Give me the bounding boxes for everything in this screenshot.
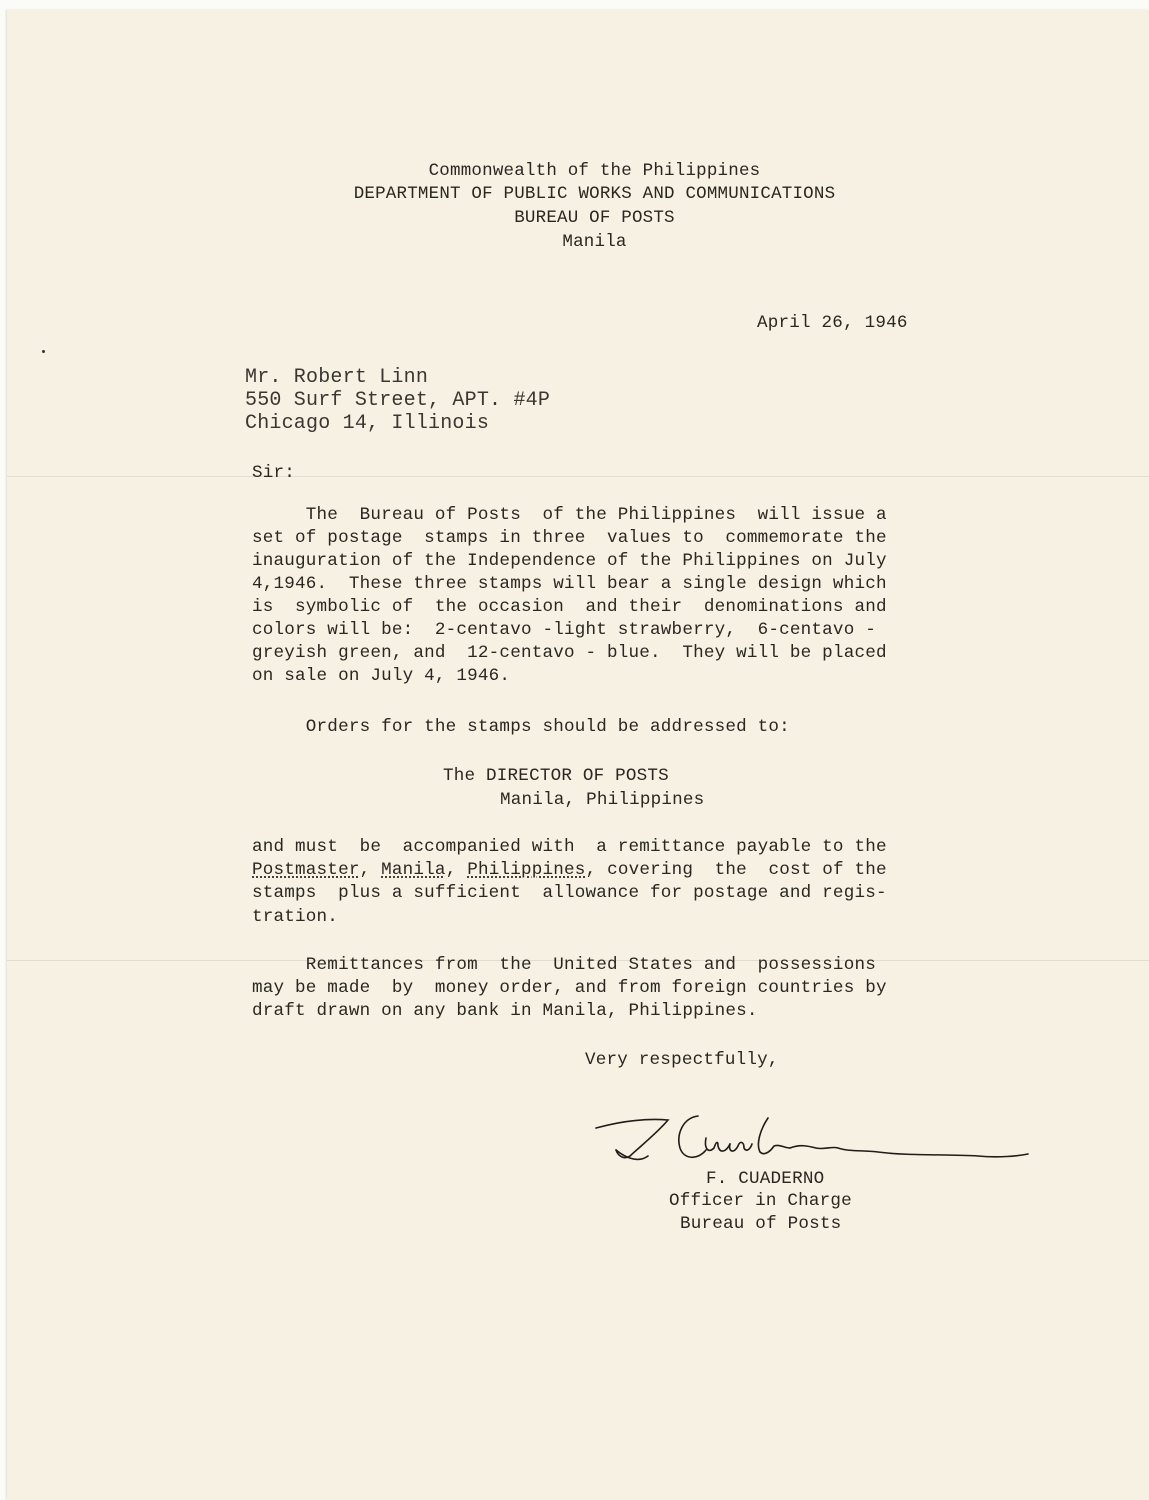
text-rest: , covering the cost of the bbox=[586, 860, 887, 880]
text-line: 4,1946. These three stamps will bear a s… bbox=[252, 573, 887, 596]
text-line: set of postage stamps in three values to… bbox=[252, 527, 887, 550]
paragraph-2: Orders for the stamps should be addresse… bbox=[252, 716, 790, 739]
underlined-postmaster: Postmaster bbox=[252, 860, 360, 880]
letterhead-line-3: BUREAU OF POSTS bbox=[0, 207, 1149, 230]
text-line: is symbolic of the occasion and their de… bbox=[252, 596, 887, 619]
addressee-line-2: Manila, Philippines bbox=[500, 789, 704, 812]
text-line: stamps plus a sufficient allowance for p… bbox=[252, 882, 887, 905]
letterhead-line-2: DEPARTMENT OF PUBLIC WORKS AND COMMUNICA… bbox=[0, 183, 1149, 206]
text-line: on sale on July 4, 1946. bbox=[252, 665, 510, 688]
letterhead-line-1: Commonwealth of the Philippines bbox=[0, 160, 1149, 183]
text-line: tration. bbox=[252, 906, 338, 929]
text-line: Postmaster, Manila, Philippines, coverin… bbox=[252, 859, 887, 882]
fold-line bbox=[7, 476, 1149, 477]
letterhead-line-4: Manila bbox=[0, 231, 1149, 254]
signatory-title: Officer in Charge bbox=[669, 1190, 852, 1213]
text-line: and must be accompanied with a remittanc… bbox=[252, 836, 887, 859]
underlined-philippines: Philippines bbox=[467, 860, 585, 880]
recipient-city: Chicago 14, Illinois bbox=[245, 412, 489, 435]
letter-date: April 26, 1946 bbox=[757, 312, 908, 335]
text-line: Remittances from the United States and p… bbox=[252, 954, 876, 977]
ink-speck bbox=[42, 350, 45, 353]
text-line: greyish green, and 12-centavo - blue. Th… bbox=[252, 642, 887, 665]
separator: , bbox=[446, 860, 468, 880]
text-line: colors will be: 2-centavo -light strawbe… bbox=[252, 619, 876, 642]
recipient-street: 550 Surf Street, APT. #4P bbox=[245, 389, 550, 412]
closing: Very respectfully, bbox=[585, 1049, 779, 1072]
recipient-name: Mr. Robert Linn bbox=[245, 366, 428, 389]
underlined-manila: Manila bbox=[381, 860, 446, 880]
text-line: draft drawn on any bank in Manila, Phili… bbox=[252, 1000, 758, 1023]
signatory-office: Bureau of Posts bbox=[680, 1213, 841, 1236]
text-line: The Bureau of Posts of the Philippines w… bbox=[252, 504, 887, 527]
separator: , bbox=[360, 860, 382, 880]
text-line: may be made by money order, and from for… bbox=[252, 977, 887, 1000]
salutation: Sir: bbox=[252, 462, 295, 485]
addressee-line-1: The DIRECTOR OF POSTS bbox=[443, 765, 669, 788]
signatory-name: F. CUADERNO bbox=[706, 1168, 824, 1191]
text-line: inauguration of the Independence of the … bbox=[252, 550, 887, 573]
